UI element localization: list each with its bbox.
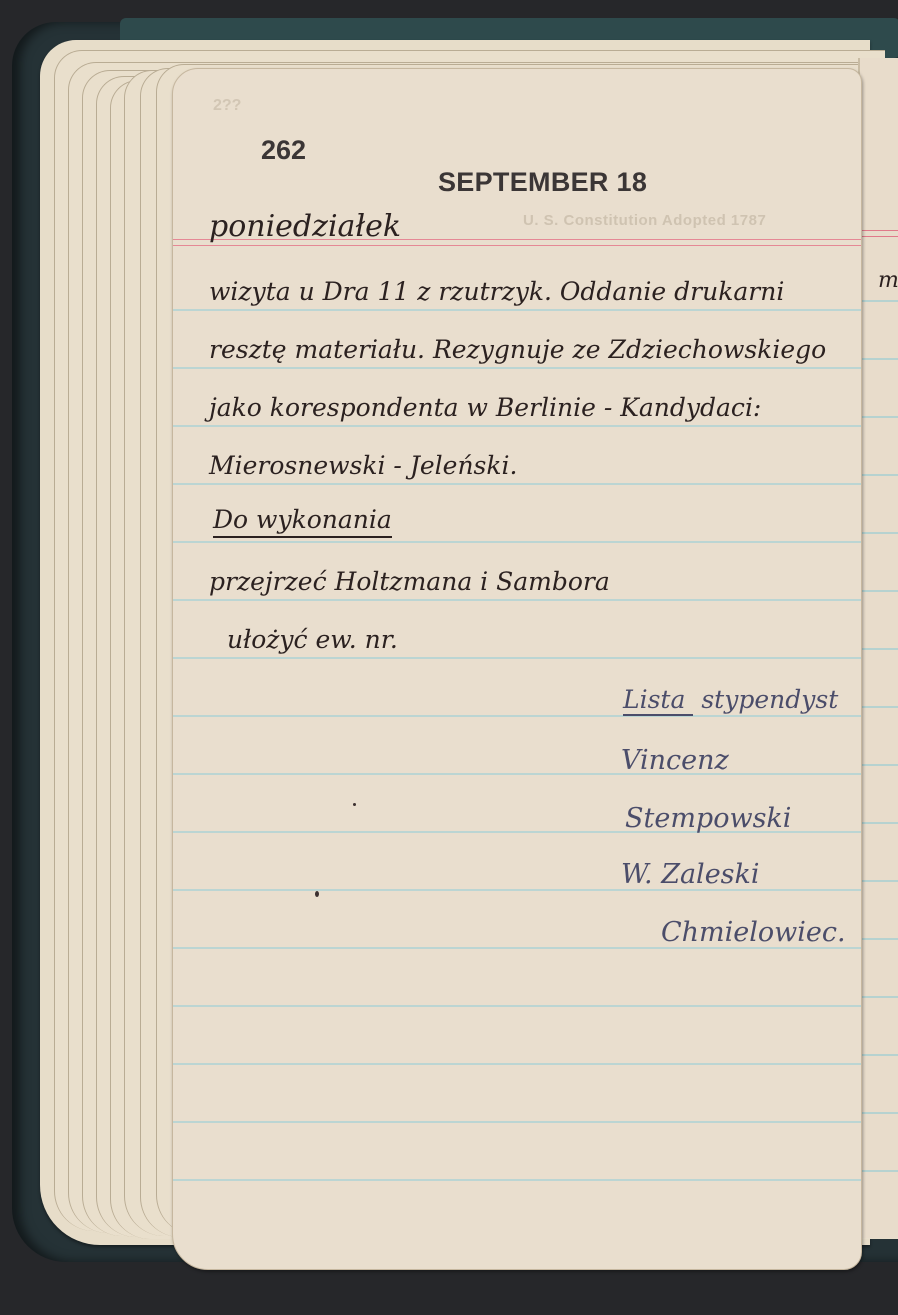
date-header: SEPTEMBER 18 xyxy=(438,167,647,198)
entry-line: wizyta u Dra 11 z rzutrzyk. Oddanie druk… xyxy=(209,277,784,306)
ink-speck xyxy=(353,803,356,806)
blue-rule xyxy=(173,309,861,311)
stipend-list-heading: Lista stypendyst xyxy=(623,685,838,714)
facing-page: m xyxy=(858,58,898,1238)
facing-page-handwriting: m xyxy=(878,268,898,293)
blue-rule xyxy=(173,1121,861,1123)
stipend-name: Stempowski xyxy=(625,803,791,834)
bleed-header-text: U. S. Constitution Adopted 1787 xyxy=(523,212,766,229)
stipend-list-heading-underlined: Lista xyxy=(623,685,693,716)
blue-rule xyxy=(173,1063,861,1065)
blue-rule xyxy=(860,648,898,650)
stipend-name: Chmielowiec. xyxy=(661,917,846,948)
diary-page: 2?? 262 SEPTEMBER 18 U. S. Constitution … xyxy=(172,68,862,1270)
blue-rule xyxy=(860,590,898,592)
stipend-name: W. Zaleski xyxy=(621,859,760,890)
page-number: 262 xyxy=(261,135,306,166)
red-rule xyxy=(860,236,898,237)
entry-line: Mierosnewski - Jeleński. xyxy=(209,451,517,480)
blue-rule xyxy=(173,599,861,601)
blue-rule xyxy=(860,474,898,476)
blue-rule xyxy=(860,880,898,882)
blue-rule xyxy=(860,532,898,534)
stipend-name: Vincenz xyxy=(621,745,729,776)
bleed-page-number: 2?? xyxy=(213,97,241,115)
blue-rule xyxy=(860,300,898,302)
red-rule xyxy=(173,245,861,246)
blue-rule xyxy=(173,483,861,485)
weekday-handwritten: poniedziałek xyxy=(209,209,401,244)
blue-rule xyxy=(860,706,898,708)
entry-line: jako korespondenta w Berlinie - Kandydac… xyxy=(209,393,761,422)
blue-rule xyxy=(173,773,861,775)
blue-rule xyxy=(173,1179,861,1181)
ink-speck xyxy=(315,891,319,897)
blue-rule xyxy=(173,541,861,543)
blue-rule xyxy=(173,1005,861,1007)
stipend-list-heading-rest: stypendyst xyxy=(701,685,838,714)
blue-rule xyxy=(860,1054,898,1056)
blue-rule xyxy=(173,657,861,659)
todo-item: przejrzeć Holtzmana i Sambora xyxy=(209,567,610,596)
blue-rule xyxy=(860,358,898,360)
red-rule xyxy=(860,230,898,231)
todo-item: ułożyć ew. nr. xyxy=(227,625,398,654)
blue-rule xyxy=(173,367,861,369)
blue-rule xyxy=(860,938,898,940)
blue-rule xyxy=(860,1112,898,1114)
blue-rule xyxy=(173,715,861,717)
blue-rule xyxy=(860,1170,898,1172)
blue-rule xyxy=(173,425,861,427)
blue-rule xyxy=(860,764,898,766)
entry-line: resztę materiału. Rezygnuje ze Zdziechow… xyxy=(209,335,826,364)
blue-rule xyxy=(860,822,898,824)
todo-heading: Do wykonania xyxy=(213,505,392,538)
blue-rule xyxy=(860,416,898,418)
blue-rule xyxy=(860,996,898,998)
